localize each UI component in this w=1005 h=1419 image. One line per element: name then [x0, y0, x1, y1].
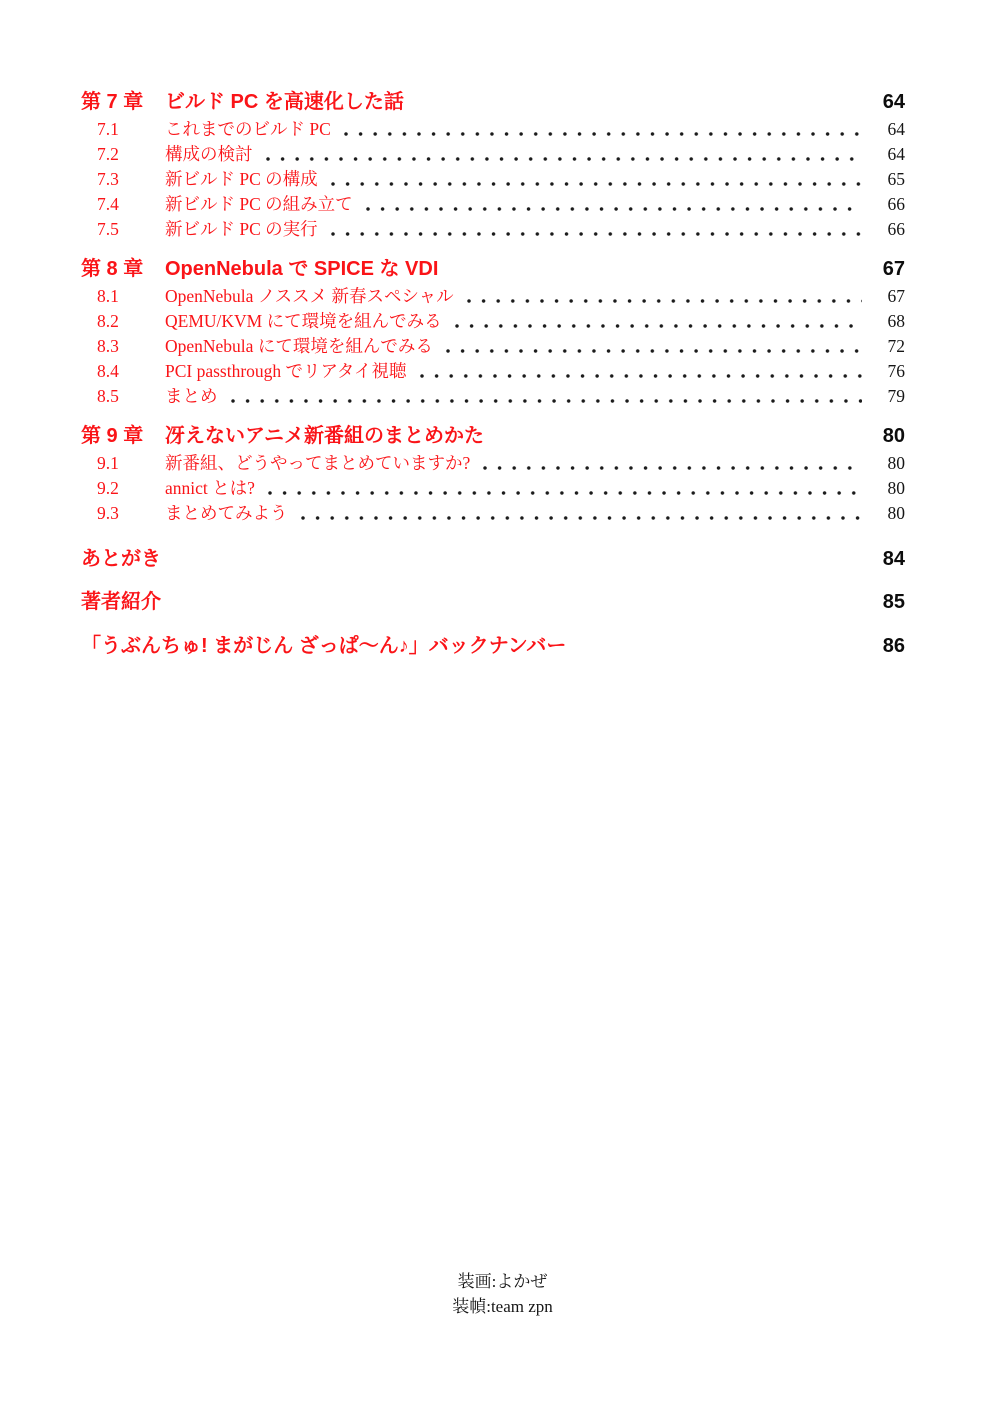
section-7-2-number: 7.2 — [81, 143, 165, 166]
dot-leader — [444, 335, 862, 360]
dot-leader — [229, 385, 863, 410]
section-7-1-number: 7.1 — [81, 118, 165, 141]
dot-leader — [481, 452, 862, 477]
chapter-9-title: 冴えないアニメ新番組のまとめかた — [165, 424, 484, 448]
section-7-4-title: 新ビルド PC の組み立て — [165, 193, 353, 216]
chapter-9-label: 第 9 章 — [81, 424, 165, 448]
dot-leader — [264, 143, 863, 168]
dot-leader — [329, 218, 862, 243]
toc-section-7-3-row: 7.3 新ビルド PC の構成 65 — [81, 168, 905, 193]
chapter-9-page-number: 80 — [867, 424, 905, 448]
section-8-1-page-number: 67 — [867, 285, 905, 308]
section-7-5-number: 7.5 — [81, 218, 165, 241]
section-7-5-title: 新ビルド PC の実行 — [165, 218, 318, 241]
dot-leader — [266, 477, 862, 502]
section-7-4-number: 7.4 — [81, 193, 165, 216]
toc-section-9-2-row: 9.2 annict とは? 80 — [81, 477, 905, 502]
section-7-5-page-number: 66 — [867, 218, 905, 241]
back-number-page-number: 86 — [867, 634, 905, 658]
section-8-1-number: 8.1 — [81, 285, 165, 308]
section-8-3-page-number: 72 — [867, 335, 905, 358]
dot-leader — [418, 360, 863, 385]
chapter-7-page-number: 64 — [867, 90, 905, 114]
section-7-2-title: 構成の検討 — [165, 143, 253, 166]
dot-leader — [299, 502, 863, 527]
section-9-3-page-number: 80 — [867, 502, 905, 525]
toc-section-9-1-row: 9.1 新番組、どうやってまとめていますか? 80 — [81, 452, 905, 477]
toc-back-number-row: 「うぶんちゅ! まがじん ざっぱ〜ん♪」バックナンバー 86 — [81, 634, 905, 662]
section-8-2-number: 8.2 — [81, 310, 165, 333]
section-8-5-title: まとめ — [165, 385, 218, 408]
section-7-1-title: これまでのビルド PC — [165, 118, 331, 141]
toc-chapter-7-row: 第 7 章 ビルド PC を高速化した話 64 — [81, 90, 905, 118]
section-9-1-number: 9.1 — [81, 452, 165, 475]
section-9-1-page-number: 80 — [867, 452, 905, 475]
chapter-8-label: 第 8 章 — [81, 257, 165, 281]
section-8-4-number: 8.4 — [81, 360, 165, 383]
toc-afterword-row: あとがき 84 — [81, 547, 905, 575]
section-9-3-number: 9.3 — [81, 502, 165, 525]
binding-credit: 装幀:team zpn — [0, 1294, 1005, 1319]
illustration-credit: 装画:よかぜ — [0, 1269, 1005, 1294]
dot-leader — [342, 118, 862, 143]
chapter-7-label: 第 7 章 — [81, 90, 165, 114]
section-9-3-title: まとめてみよう — [165, 502, 288, 525]
section-8-5-number: 8.5 — [81, 385, 165, 408]
section-8-2-page-number: 68 — [867, 310, 905, 333]
section-7-3-number: 7.3 — [81, 168, 165, 191]
toc-section-7-1-row: 7.1 これまでのビルド PC 64 — [81, 118, 905, 143]
section-8-2-title: QEMU/KVM にて環境を組んでみる — [165, 310, 442, 333]
section-9-2-title: annict とは? — [165, 477, 255, 500]
toc-section-8-3-row: 8.3 OpenNebula にて環境を組んでみる 72 — [81, 335, 905, 360]
chapter-8-title: OpenNebula で SPICE な VDI — [165, 257, 438, 281]
dot-leader — [453, 310, 862, 335]
author-bio-title: 著者紹介 — [81, 590, 161, 614]
colophon: 装画:よかぜ 装幀:team zpn — [0, 1269, 1005, 1319]
section-9-2-number: 9.2 — [81, 477, 165, 500]
toc-chapter-8-row: 第 8 章 OpenNebula で SPICE な VDI 67 — [81, 257, 905, 285]
back-number-title: 「うぶんちゅ! まがじん ざっぱ〜ん♪」バックナンバー — [81, 634, 566, 658]
toc-section-7-2-row: 7.2 構成の検討 64 — [81, 143, 905, 168]
toc-section-8-1-row: 8.1 OpenNebula ノススメ 新春スペシャル 67 — [81, 285, 905, 310]
dot-leader — [329, 168, 862, 193]
toc-author-bio-row: 著者紹介 85 — [81, 590, 905, 618]
section-8-4-title: PCI passthrough でリアタイ視聴 — [165, 360, 407, 383]
dot-leader — [364, 193, 862, 218]
afterword-title: あとがき — [81, 547, 161, 571]
section-8-1-title: OpenNebula ノススメ 新春スペシャル — [165, 285, 454, 308]
chapter-7-title: ビルド PC を高速化した話 — [165, 90, 404, 114]
table-of-contents: 第 7 章 ビルド PC を高速化した話 64 7.1 これまでのビルド PC … — [81, 90, 905, 662]
toc-section-8-2-row: 8.2 QEMU/KVM にて環境を組んでみる 68 — [81, 310, 905, 335]
section-7-2-page-number: 64 — [867, 143, 905, 166]
section-7-3-title: 新ビルド PC の構成 — [165, 168, 318, 191]
section-7-3-page-number: 65 — [867, 168, 905, 191]
toc-section-9-3-row: 9.3 まとめてみよう 80 — [81, 502, 905, 527]
section-8-3-title: OpenNebula にて環境を組んでみる — [165, 335, 433, 358]
dot-leader — [465, 285, 862, 310]
section-9-2-page-number: 80 — [867, 477, 905, 500]
chapter-8-page-number: 67 — [867, 257, 905, 281]
toc-section-7-4-row: 7.4 新ビルド PC の組み立て 66 — [81, 193, 905, 218]
section-7-4-page-number: 66 — [867, 193, 905, 216]
section-9-1-title: 新番組、どうやってまとめていますか? — [165, 452, 470, 475]
section-8-4-page-number: 76 — [867, 360, 905, 383]
afterword-page-number: 84 — [867, 547, 905, 571]
toc-section-8-5-row: 8.5 まとめ 79 — [81, 385, 905, 410]
toc-page: 第 7 章 ビルド PC を高速化した話 64 7.1 これまでのビルド PC … — [0, 0, 1005, 1419]
toc-section-8-4-row: 8.4 PCI passthrough でリアタイ視聴 76 — [81, 360, 905, 385]
section-7-1-page-number: 64 — [867, 118, 905, 141]
toc-section-7-5-row: 7.5 新ビルド PC の実行 66 — [81, 218, 905, 243]
author-bio-page-number: 85 — [867, 590, 905, 614]
toc-chapter-9-row: 第 9 章 冴えないアニメ新番組のまとめかた 80 — [81, 424, 905, 452]
section-8-5-page-number: 79 — [867, 385, 905, 408]
section-8-3-number: 8.3 — [81, 335, 165, 358]
